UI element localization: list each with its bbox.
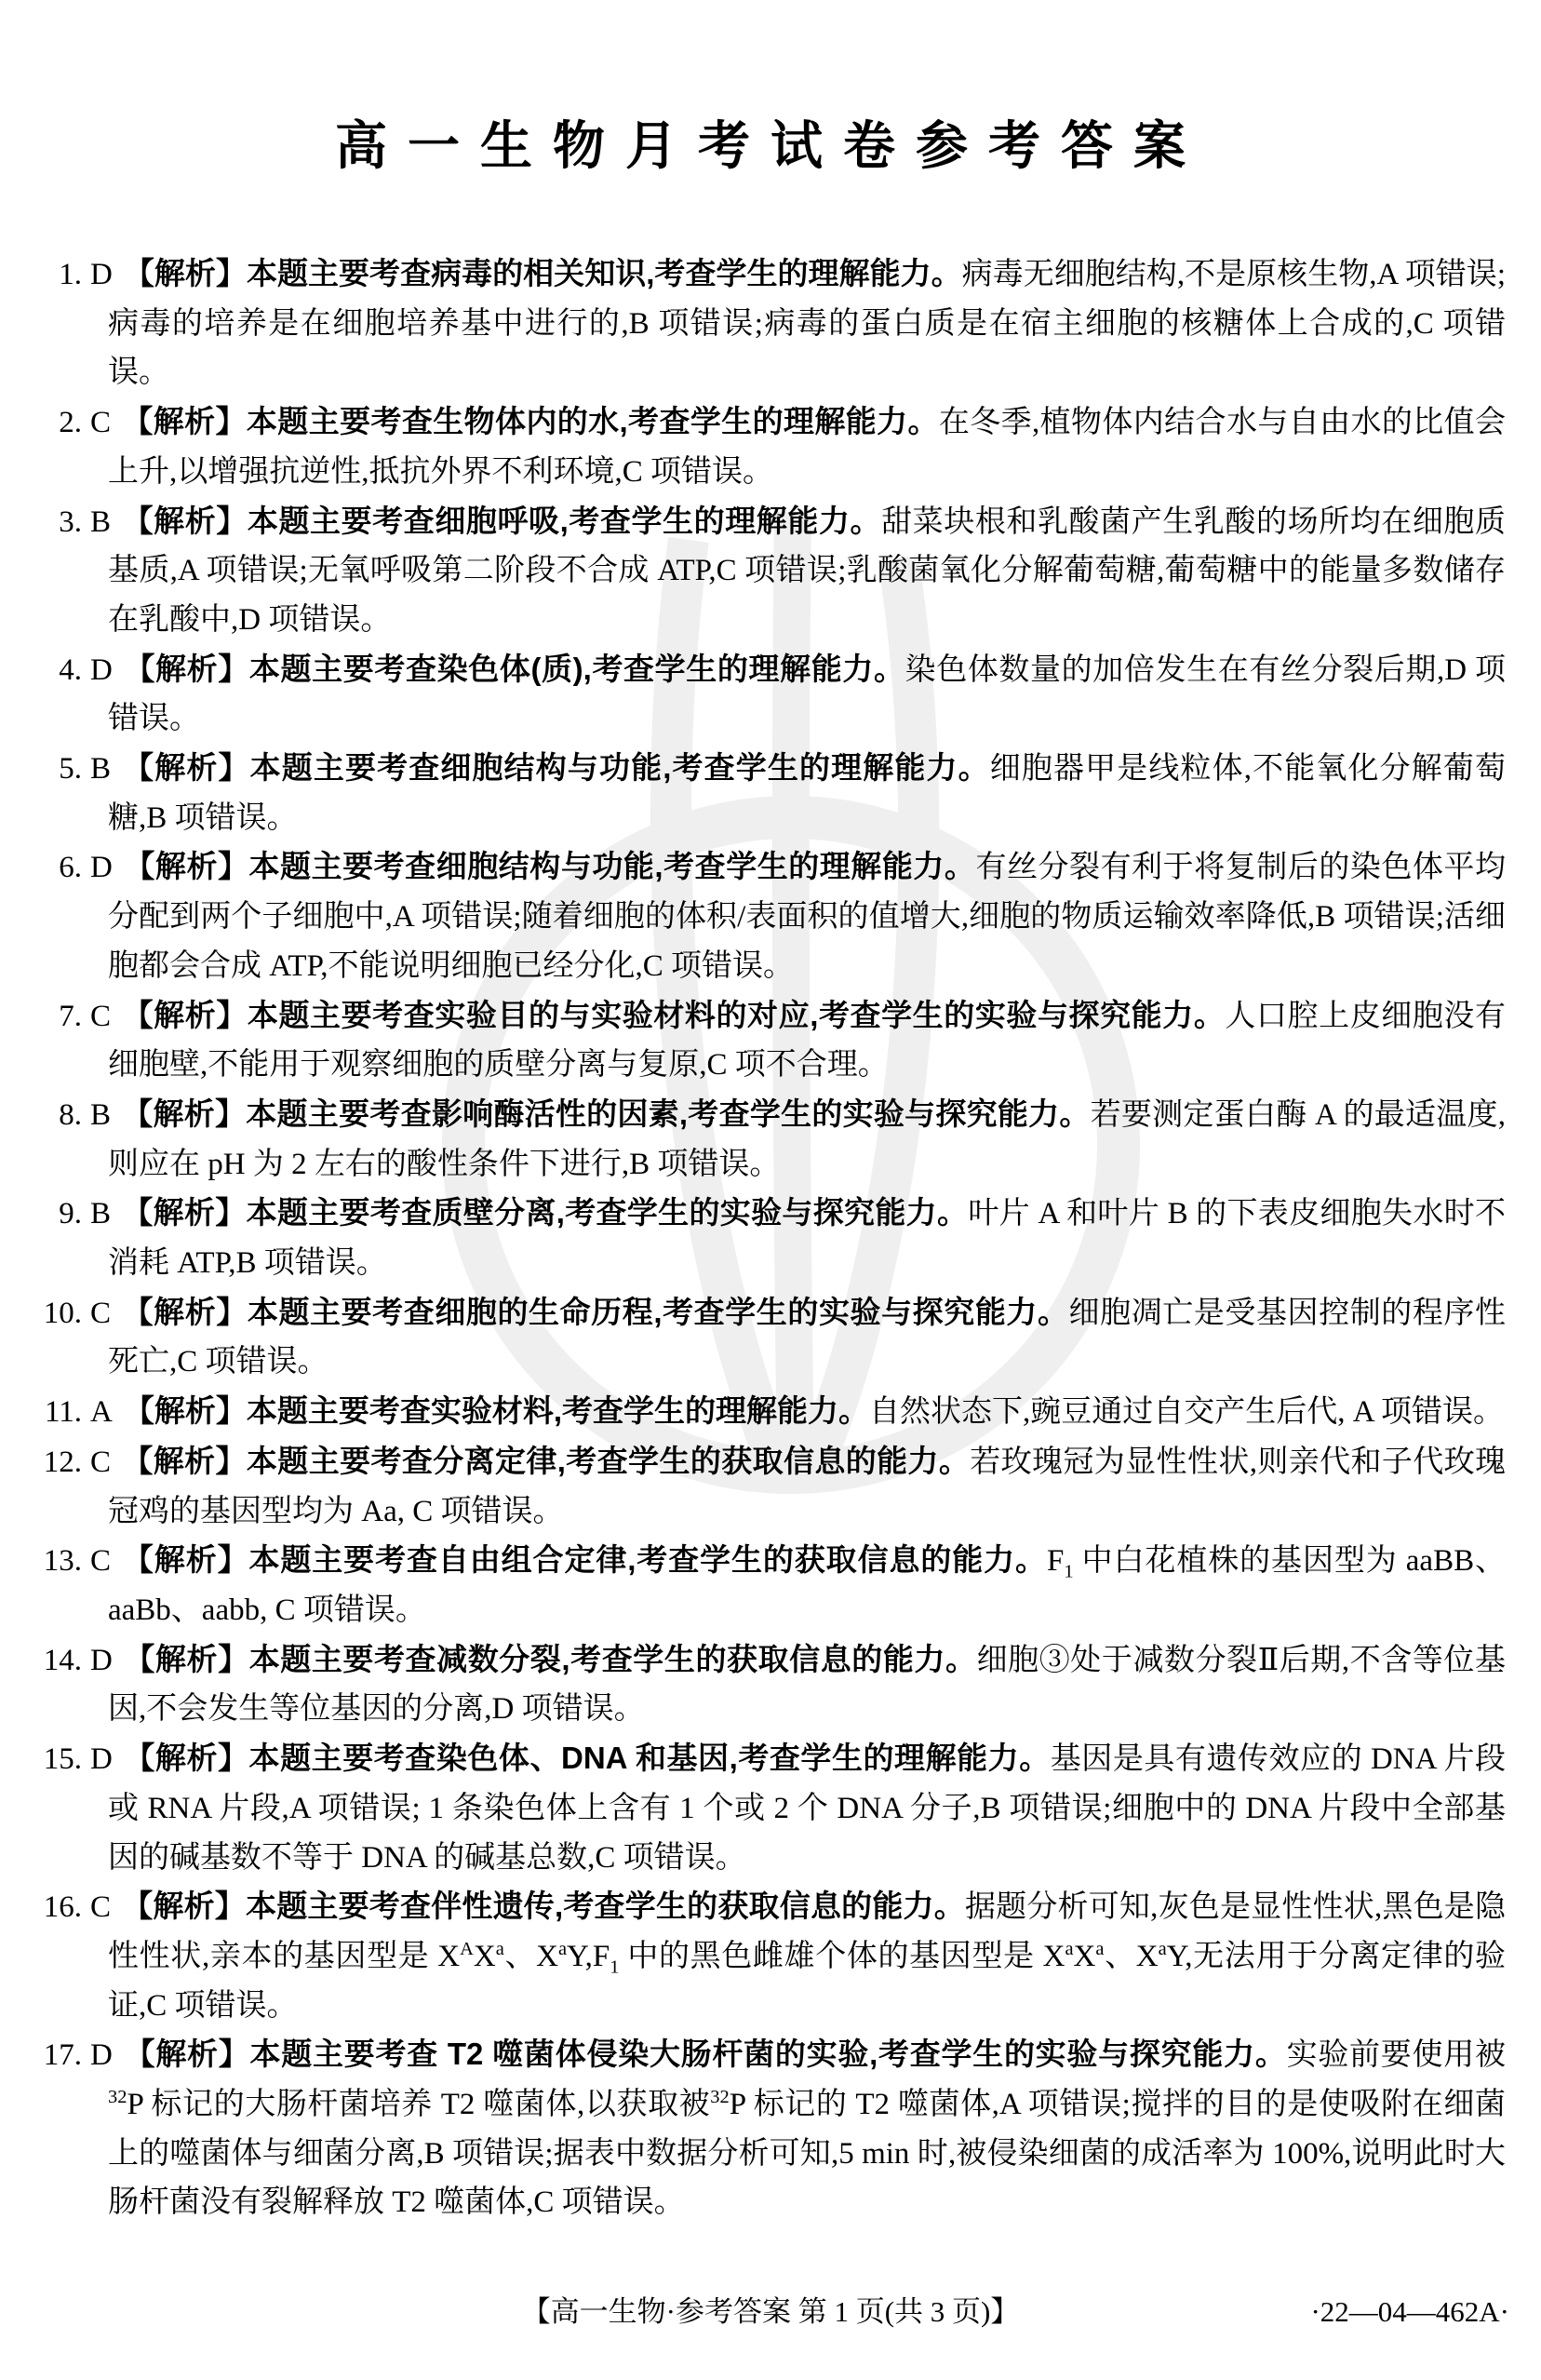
question-number: 1. [37, 250, 82, 300]
answer-item: 5.B【解析】本题主要考查细胞结构与功能,考查学生的理解能力。细胞器甲是线粒体,… [37, 744, 1506, 842]
footer-page-info: 【高一生物·参考答案 第 1 页(共 3 页)】 [522, 2295, 1020, 2328]
question-number: 9. [37, 1190, 82, 1239]
question-number: 7. [37, 992, 82, 1042]
answer-letter: D [90, 2038, 113, 2072]
analysis-topic-bold: 【解析】本题主要考查质壁分离,考查学生的实验与探究能力。 [122, 1195, 968, 1230]
answer-item: 7.C【解析】本题主要考查实验目的与实验材料的对应,考查学生的实验与探究能力。人… [37, 991, 1506, 1090]
answer-letter: A [90, 1395, 113, 1429]
analysis-topic-bold: 【解析】本题主要考查细胞结构与功能,考查学生的理解能力。 [122, 750, 990, 785]
question-number: 4. [37, 646, 82, 695]
question-number: 13. [37, 1537, 82, 1586]
analysis-topic-bold: 【解析】本题主要考查 T2 噬菌体侵染大肠杆菌的实验,考查学生的实验与探究能力。 [124, 2037, 1287, 2071]
answer-letter: D [90, 258, 113, 291]
answer-item: 9.B【解析】本题主要考查质壁分离,考查学生的实验与探究能力。叶片 A 和叶片 … [37, 1189, 1506, 1287]
question-number: 6. [37, 843, 82, 893]
page-title: 高一生物月考试卷参考答案 [0, 117, 1541, 175]
question-number: 16. [37, 1883, 82, 1932]
answer-letter: B [90, 1197, 111, 1230]
question-number: 5. [37, 745, 82, 794]
question-number: 3. [37, 498, 82, 547]
analysis-topic-bold: 【解析】本题主要考查染色体、DNA 和基因,考查学生的理解能力。 [124, 1741, 1051, 1775]
page-footer: 【高一生物·参考答案 第 1 页(共 3 页)】 ·22—04—462A· [0, 2293, 1541, 2331]
question-number: 12. [37, 1438, 82, 1487]
analysis-topic-bold: 【解析】本题主要考查伴性遗传,考查学生的获取信息的能力。 [122, 1889, 965, 1923]
analysis-topic-bold: 【解析】本题主要考查实验材料,考查学生的理解能力。 [124, 1393, 869, 1428]
explanation-text: 自然状态下,豌豆通过自交产生后代, A 项错误。 [869, 1395, 1504, 1429]
question-number: 8. [37, 1091, 82, 1140]
answer-item: 11.A【解析】本题主要考查实验材料,考查学生的理解能力。自然状态下,豌豆通过自… [37, 1387, 1506, 1437]
question-number: 15. [37, 1735, 82, 1784]
answer-letter: D [90, 1644, 113, 1677]
answer-letter: C [90, 1000, 111, 1033]
question-number: 2. [37, 398, 82, 448]
question-number: 10. [37, 1289, 82, 1338]
answer-item: 14.D【解析】本题主要考查减数分裂,考查学生的获取信息的能力。细胞③处于减数分… [37, 1635, 1506, 1734]
answer-item: 17.D【解析】本题主要考查 T2 噬菌体侵染大肠杆菌的实验,考查学生的实验与探… [37, 2030, 1506, 2227]
answer-letter: C [90, 406, 111, 439]
answer-item: 10.C【解析】本题主要考查细胞的生命历程,考查学生的实验与探究能力。细胞凋亡是… [37, 1288, 1506, 1387]
question-number: 14. [37, 1636, 82, 1686]
question-number: 17. [37, 2031, 82, 2080]
answer-letter: C [90, 1297, 111, 1330]
paper-code: ·22—04—462A· [1310, 2293, 1509, 2331]
answer-letter: C [90, 1445, 111, 1479]
answer-letter: B [90, 1098, 111, 1132]
analysis-topic-bold: 【解析】本题主要考查病毒的相关知识,考查学生的理解能力。 [124, 256, 962, 290]
answer-letter: C [90, 1890, 111, 1924]
answer-list: 1.D【解析】本题主要考查病毒的相关知识,考查学生的理解能力。病毒无细胞结构,不… [37, 249, 1506, 2227]
analysis-topic-bold: 【解析】本题主要考查细胞结构与功能,考查学生的理解能力。 [124, 849, 976, 883]
answer-item: 13.C【解析】本题主要考查自由组合定律,考查学生的获取信息的能力。F1 中白花… [37, 1536, 1506, 1634]
answer-item: 8.B【解析】本题主要考查影响酶活性的因素,考查学生的实验与探究能力。若要测定蛋… [37, 1090, 1506, 1189]
analysis-topic-bold: 【解析】本题主要考查细胞的生命历程,考查学生的实验与探究能力。 [122, 1295, 1069, 1329]
answer-item: 16.C【解析】本题主要考查伴性遗传,考查学生的获取信息的能力。据题分析可知,灰… [37, 1882, 1506, 2030]
answer-letter: C [90, 1544, 111, 1578]
answer-item: 15.D【解析】本题主要考查染色体、DNA 和基因,考查学生的理解能力。基因是具… [37, 1734, 1506, 1882]
analysis-topic-bold: 【解析】本题主要考查生物体内的水,考查学生的理解能力。 [122, 404, 939, 438]
answer-letter: B [90, 752, 111, 786]
analysis-topic-bold: 【解析】本题主要考查影响酶活性的因素,考查学生的实验与探究能力。 [122, 1096, 1091, 1131]
analysis-topic-bold: 【解析】本题主要考查自由组合定律,考查学生的获取信息的能力。 [122, 1542, 1047, 1577]
analysis-topic-bold: 【解析】本题主要考查细胞呼吸,考查学生的理解能力。 [122, 504, 881, 538]
answer-item: 3.B【解析】本题主要考查细胞呼吸,考查学生的理解能力。甜菜块根和乳酸菌产生乳酸… [37, 497, 1506, 645]
answer-letter: D [90, 851, 113, 884]
analysis-topic-bold: 【解析】本题主要考查染色体(质),考查学生的理解能力。 [124, 652, 905, 686]
answer-item: 2.C【解析】本题主要考查生物体内的水,考查学生的理解能力。在冬季,植物体内结合… [37, 397, 1506, 496]
analysis-topic-bold: 【解析】本题主要考查减数分裂,考查学生的获取信息的能力。 [124, 1642, 977, 1676]
answer-item: 12.C【解析】本题主要考查分离定律,考查学生的获取信息的能力。若玫瑰冠为显性性… [37, 1437, 1506, 1536]
answer-item: 4.D【解析】本题主要考查染色体(质),考查学生的理解能力。染色体数量的加倍发生… [37, 645, 1506, 744]
answer-letter: D [90, 653, 113, 687]
answer-letter: B [90, 505, 111, 539]
question-number: 11. [37, 1388, 82, 1437]
analysis-topic-bold: 【解析】本题主要考查实验目的与实验材料的对应,考查学生的实验与探究能力。 [122, 998, 1225, 1032]
answer-item: 1.D【解析】本题主要考查病毒的相关知识,考查学生的理解能力。病毒无细胞结构,不… [37, 249, 1506, 397]
analysis-topic-bold: 【解析】本题主要考查分离定律,考查学生的获取信息的能力。 [122, 1444, 970, 1478]
answer-item: 6.D【解析】本题主要考查细胞结构与功能,考查学生的理解能力。有丝分裂有利于将复… [37, 842, 1506, 990]
answer-letter: D [90, 1742, 113, 1776]
